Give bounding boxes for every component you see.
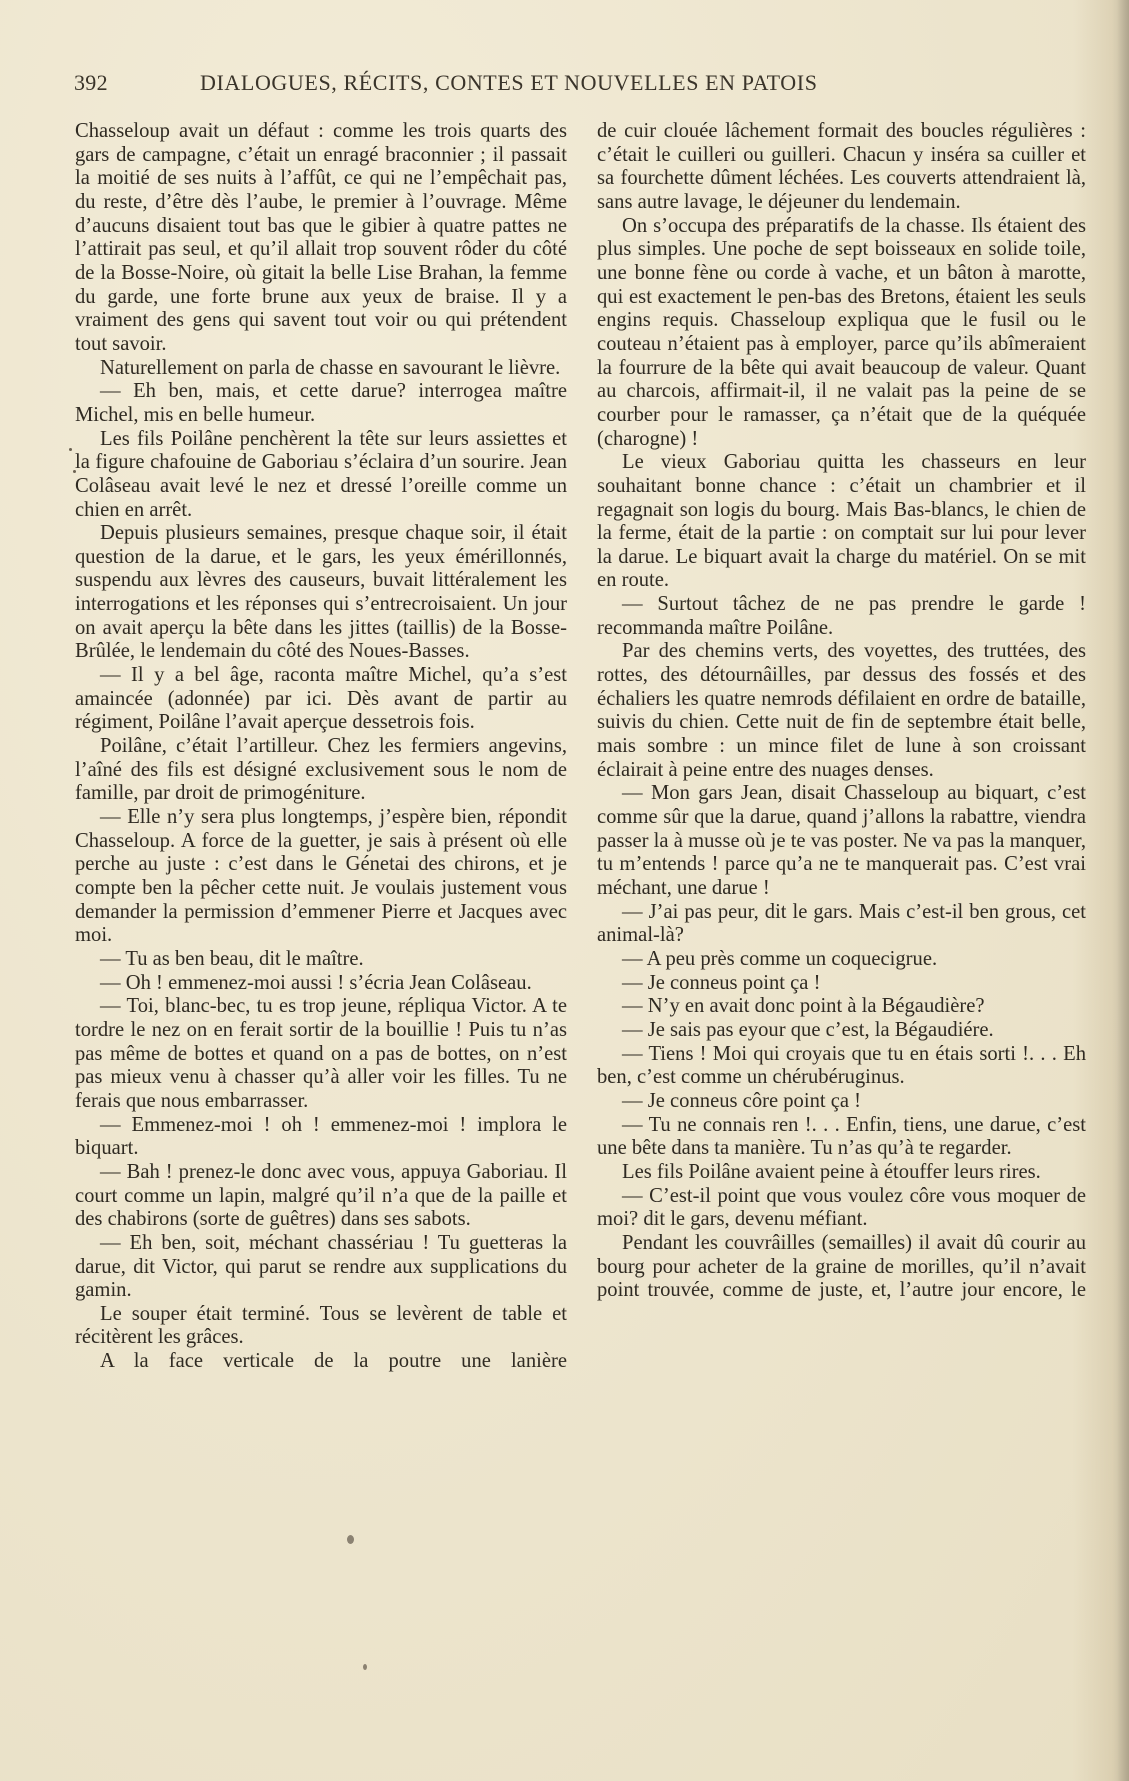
dialogue-paragraph: — Tiens ! Moi qui croyais que tu en étai…	[597, 1043, 1086, 1090]
dialogue-paragraph: — Surtout tâchez de ne pas prendre le ga…	[597, 593, 1086, 640]
paragraph: Les fils Poilâne avaient peine à étouffe…	[597, 1161, 1086, 1185]
dialogue-paragraph: — Tu ne connais ren !. . . Enfin, tiens,…	[597, 1114, 1086, 1161]
dialogue-paragraph: — A peu près comme un coquecigrue.	[597, 948, 1086, 972]
dialogue-paragraph: — Mon gars Jean, disait Chasseloup au bi…	[597, 782, 1086, 900]
ink-stain	[363, 1664, 367, 1670]
paragraph: Le souper était terminé. Tous se levèren…	[75, 1303, 567, 1350]
dialogue-paragraph: — Je conneus côre point ça !	[597, 1090, 1086, 1114]
dialogue-paragraph: — Je conneus point ça !	[597, 972, 1086, 996]
page-edge-shadow	[1117, 0, 1129, 1781]
paragraph: Depuis plusieurs semaines, presque chaqu…	[75, 522, 567, 664]
left-column: Chasseloup avait un défaut : comme les t…	[75, 120, 567, 1374]
dialogue-paragraph: — Emmenez-moi ! oh ! emmenez-moi ! implo…	[75, 1114, 567, 1161]
paragraph: Chasseloup avait un défaut : comme les t…	[75, 120, 567, 357]
paragraph: Par des chemins verts, des voyettes, des…	[597, 640, 1086, 782]
dialogue-paragraph: — Eh ben, soit, méchant chassériau ! Tu …	[75, 1232, 567, 1303]
dialogue-paragraph: — N’y en avait donc point à la Bégaudièr…	[597, 995, 1086, 1019]
paragraph-continues: Pendant les couvrâilles (semailles) il a…	[597, 1232, 1086, 1303]
dialogue-paragraph: — Tu as ben beau, dit le maître.	[75, 948, 567, 972]
dialogue-paragraph: — Il y a bel âge, raconta maître Michel,…	[75, 664, 567, 735]
dialogue-paragraph: — C’est-il point que vous voulez côre vo…	[597, 1185, 1086, 1232]
page-number: 392	[74, 70, 108, 96]
paragraph: On s’occupa des préparatifs de la chasse…	[597, 215, 1086, 452]
paragraph: Naturellement on parla de chasse en savo…	[75, 357, 567, 381]
running-title: DIALOGUES, RÉCITS, CONTES ET NOUVELLES E…	[200, 70, 818, 96]
dialogue-paragraph: — Je sais pas eyour que c’est, la Bégaud…	[597, 1019, 1086, 1043]
paragraph: de cuir clouée lâchement formait des bou…	[597, 120, 1086, 215]
dialogue-paragraph: — Oh ! emmenez-moi aussi ! s’écria Jean …	[75, 972, 567, 996]
margin-speck	[73, 470, 76, 473]
dialogue-paragraph: — Eh ben, mais, et cette darue? interrog…	[75, 380, 567, 427]
dialogue-paragraph: — Elle n’y sera plus longtemps, j’espère…	[75, 806, 567, 948]
margin-speck	[69, 448, 72, 451]
dialogue-paragraph: — Toi, blanc-bec, tu es trop jeune, répl…	[75, 995, 567, 1113]
dialogue-paragraph: — J’ai pas peur, dit le gars. Mais c’est…	[597, 901, 1086, 948]
paragraph: Les fils Poilâne penchèrent la tête sur …	[75, 428, 567, 523]
book-page: 392 DIALOGUES, RÉCITS, CONTES ET NOUVELL…	[0, 0, 1129, 1781]
dialogue-paragraph: — Bah ! prenez-le donc avec vous, appuya…	[75, 1161, 567, 1232]
right-column: de cuir clouée lâchement formait des bou…	[597, 120, 1086, 1303]
running-head: 392 DIALOGUES, RÉCITS, CONTES ET NOUVELL…	[74, 70, 1085, 100]
paragraph: Le vieux Gaboriau quitta les chasseurs e…	[597, 451, 1086, 593]
paragraph: Poilâne, c’était l’artilleur. Chez les f…	[75, 735, 567, 806]
ink-stain	[347, 1535, 354, 1544]
paragraph-continues: A la face verticale de la poutre une lan…	[75, 1350, 567, 1374]
